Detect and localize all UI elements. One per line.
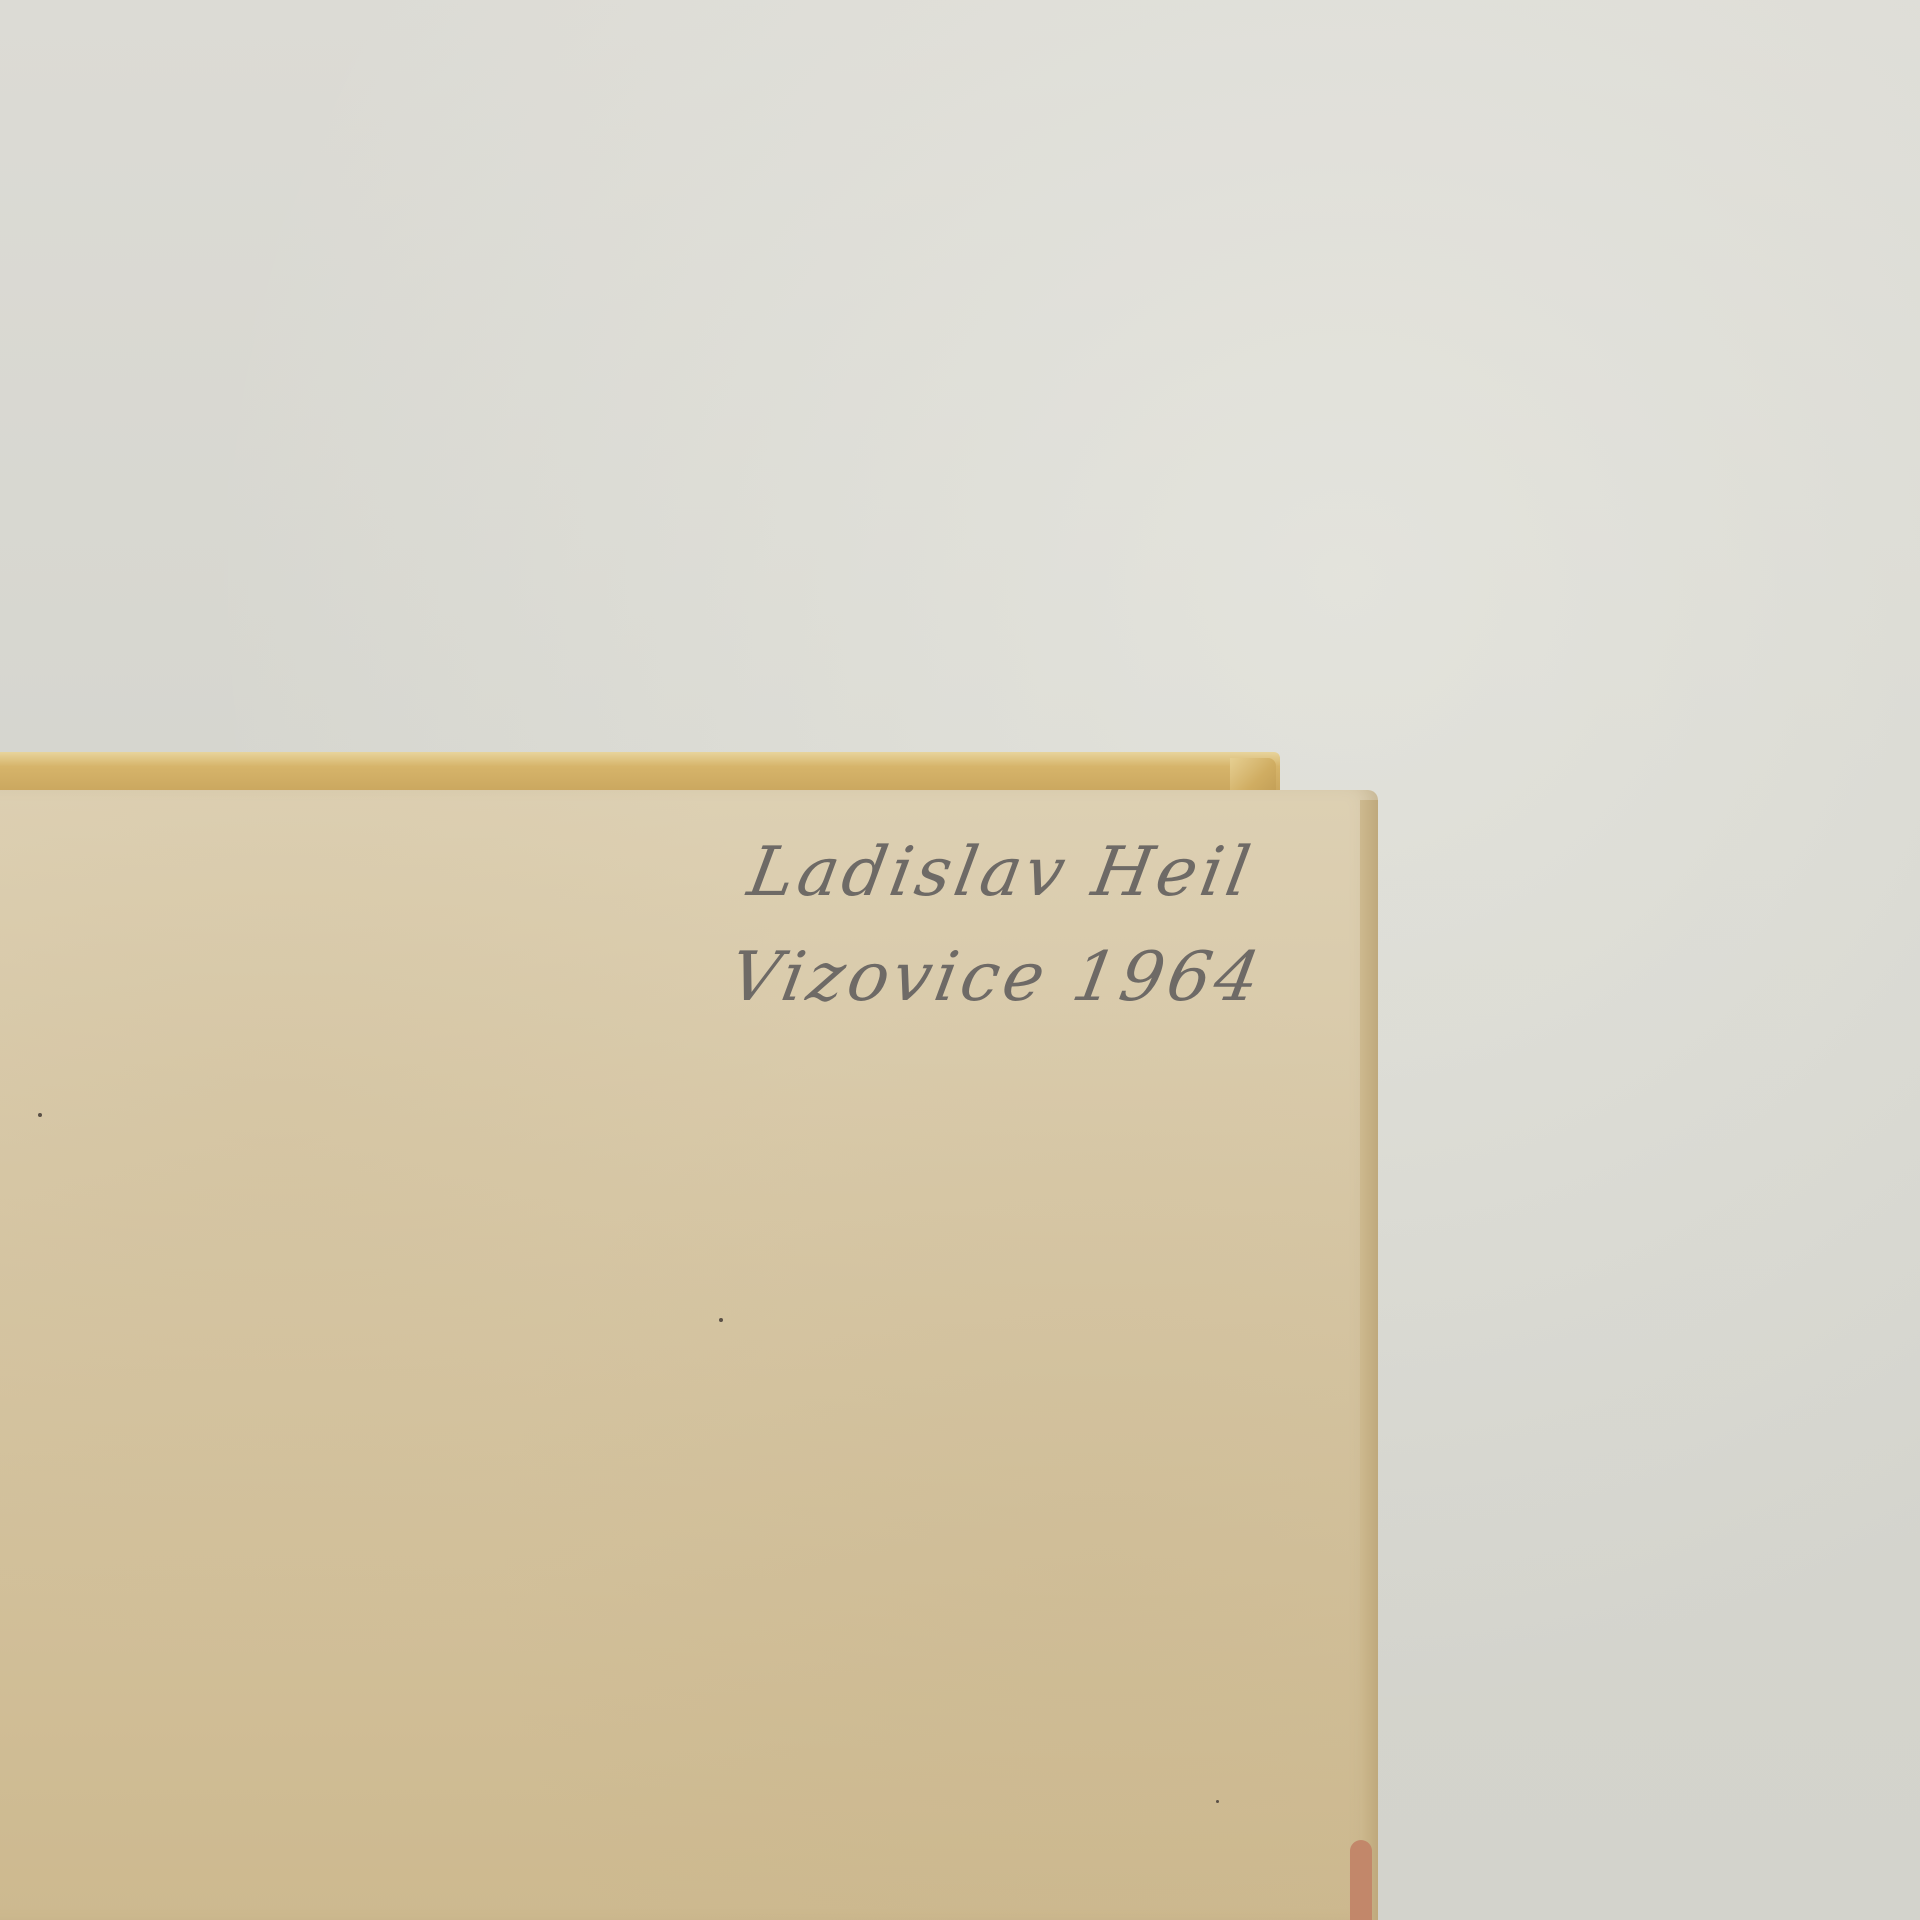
holding-finger — [1350, 1840, 1372, 1920]
inscription-name: Ladislav Heil — [740, 820, 1290, 925]
inscription-place-date: Vizovice 1964 — [721, 925, 1271, 1030]
paper-speck — [38, 1113, 42, 1117]
book-cover-corner-fold — [1230, 758, 1276, 794]
handwritten-inscription: Ladislav Heil Vizovice 1964 — [721, 820, 1290, 1031]
paper-speck — [1216, 1800, 1219, 1803]
paper-speck — [719, 1318, 723, 1322]
book-cover-edge — [0, 752, 1280, 794]
book-page-edge — [1360, 800, 1378, 1920]
